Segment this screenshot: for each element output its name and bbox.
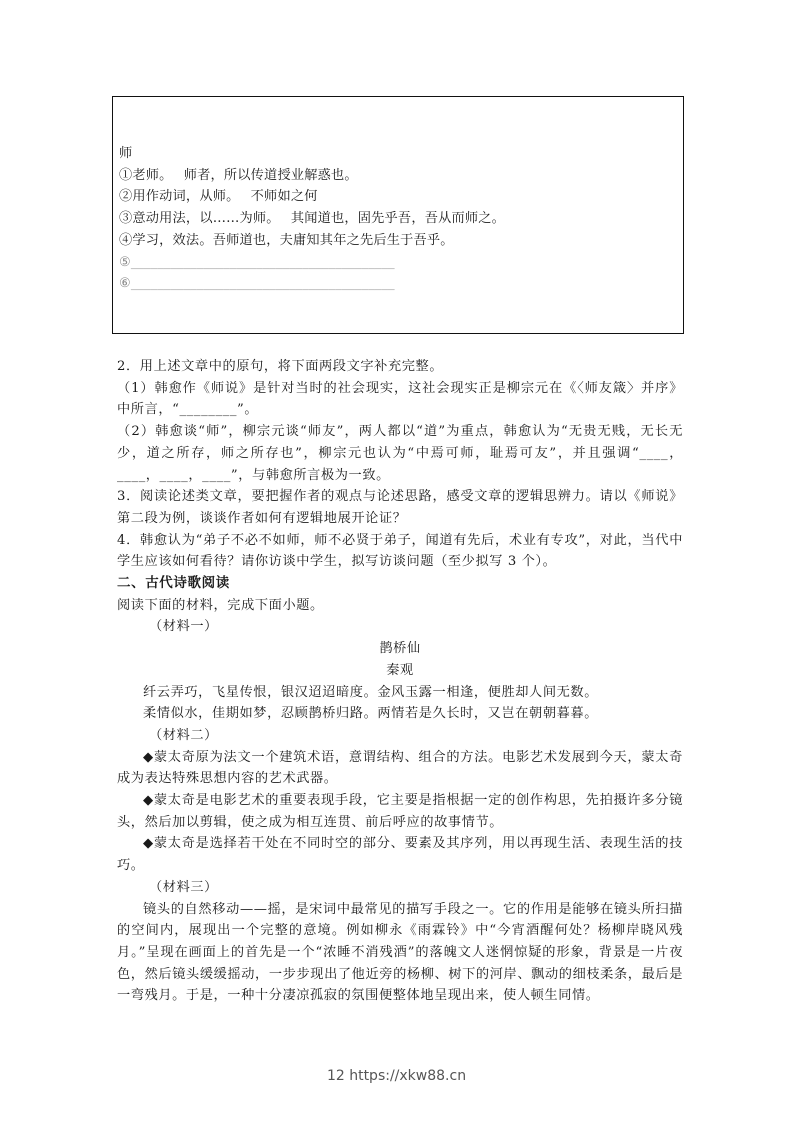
- material-1-label: （材料一）: [117, 616, 683, 638]
- material-2-point-3: ◆蒙太奇是选择若干处在不同时空的部分、要素及其序列，用以再现生活、表现生活的技巧…: [117, 833, 683, 876]
- sense-6-blank: ⑥_______________________________________…: [119, 273, 505, 295]
- material-3-label: （材料三）: [117, 877, 683, 899]
- definition-box: 师 ①老师。 师者，所以传道授业解惑也。 ②用作动词，从师。 不师如之何 ③意动…: [112, 96, 684, 334]
- sense-1: ①老师。 师者，所以传道授业解惑也。: [119, 165, 505, 187]
- section-heading: 二、古代诗歌阅读: [117, 573, 683, 595]
- question-4: 4．韩愈认为“弟子不必不如师，师不必贤于弟子，闻道有先后，术业有专攻”，对此，当…: [117, 530, 683, 573]
- page-footer: 12 https://xkw88.cn: [0, 1068, 793, 1084]
- question-2-part-2: （2）韩愈谈“师”，柳宗元谈“师友”，两人都以“道”为重点，韩愈认为“无贵无贱，…: [117, 421, 683, 486]
- headword: 师: [119, 143, 505, 165]
- question-2-part-1: （1）韩愈作《师说》是针对当时的社会现实，这社会现实正是柳宗元在《〈师友箴〉并序…: [117, 378, 683, 421]
- question-3: 3．阅读论述类文章，要把握作者的观点与论述思路，感受文章的逻辑思辨力。请以《师说…: [117, 486, 683, 529]
- poem-line-2: 柔情似水，佳期如梦，忍顾鹊桥归路。两情若是久长时，又岂在朝朝暮暮。: [117, 703, 683, 725]
- material-2-label: （材料二）: [117, 725, 683, 747]
- sense-5-blank: ⑤_______________________________________…: [119, 252, 505, 274]
- definition-list: 师 ①老师。 师者，所以传道授业解惑也。 ②用作动词，从师。 不师如之何 ③意动…: [119, 143, 505, 295]
- material-2-point-2: ◆蒙太奇是电影艺术的重要表现手段，它主要是指根据一定的创作构思，先拍摄许多分镜头…: [117, 790, 683, 833]
- poem-line-1: 纤云弄巧，飞星传恨，银汉迢迢暗度。金风玉露一相逢，便胜却人间无数。: [117, 682, 683, 704]
- questions-and-materials: 2．用上述文章中的原句，将下面两段文字补充完整。 （1）韩愈作《师说》是针对当时…: [117, 356, 683, 1007]
- question-2-stem: 2．用上述文章中的原句，将下面两段文字补充完整。: [117, 356, 683, 378]
- sense-4: ④学习，效法。吾师道也，夫庸知其年之先后生于吾乎。: [119, 230, 505, 252]
- poem-title: 鹊桥仙: [117, 638, 683, 660]
- material-2-point-1: ◆蒙太奇原为法文一个建筑术语，意谓结构、组合的方法。电影艺术发展到今天，蒙太奇成…: [117, 747, 683, 790]
- sense-2: ②用作动词，从师。 不师如之何: [119, 186, 505, 208]
- sense-3: ③意动用法，以……为师。 其闻道也，固先乎吾，吾从而师之。: [119, 208, 505, 230]
- material-3-text: 镜头的自然移动——摇，是宋词中最常见的描写手段之一。它的作用是能够在镜头所扫描的…: [117, 899, 683, 1008]
- document-page: 师 ①老师。 师者，所以传道授业解惑也。 ②用作动词，从师。 不师如之何 ③意动…: [0, 0, 793, 1122]
- section-instruction: 阅读下面的材料，完成下面小题。: [117, 595, 683, 617]
- poem-author: 秦观: [117, 660, 683, 682]
